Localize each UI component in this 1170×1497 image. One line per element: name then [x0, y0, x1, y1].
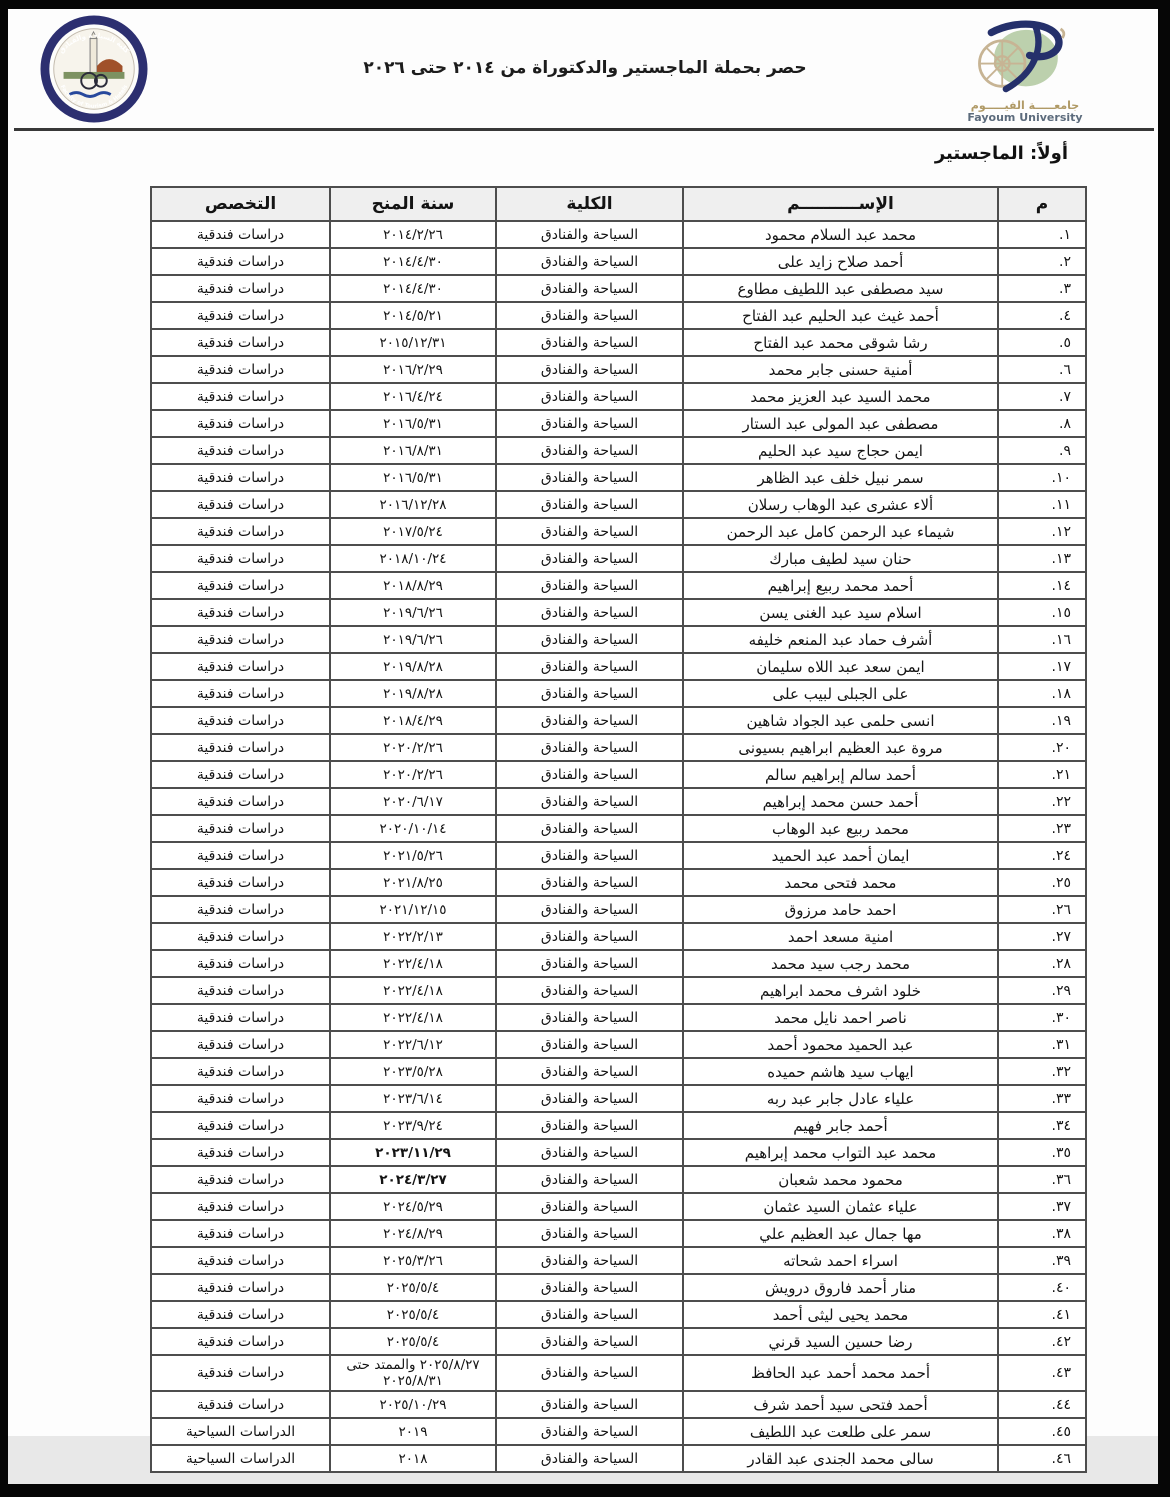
table-row: ٣٦.محمود محمد شعبانالسياحة والفنادق٢٠٢٤/…	[151, 1166, 1086, 1193]
name-cell: علياء عادل جابر عبد ربه	[683, 1085, 998, 1112]
college-cell: السياحة والفنادق	[496, 410, 683, 437]
grant-year-cell: ٢٠١٨	[330, 1445, 496, 1472]
row-number-cell: ٦.	[998, 356, 1086, 383]
grant-year-cell: ٢٠١٤/٥/٢١	[330, 302, 496, 329]
specialization-cell: دراسات فندقية	[151, 1328, 330, 1355]
name-cell: ايهاب سيد هاشم حميده	[683, 1058, 998, 1085]
table-row: ١.محمد عبد السلام محمودالسياحة والفنادق٢…	[151, 221, 1086, 248]
grant-year-cell: ٢٠٢٢/٤/١٨	[330, 950, 496, 977]
table-row: ٣١.عبد الحميد محمود أحمدالسياحة والفنادق…	[151, 1031, 1086, 1058]
grant-year-cell: ٢٠١٦/٤/٢٤	[330, 383, 496, 410]
college-cell: السياحة والفنادق	[496, 1247, 683, 1274]
name-cell: اسراء احمد شحاته	[683, 1247, 998, 1274]
grant-year-cell: ٢٠٢٥/٥/٤	[330, 1328, 496, 1355]
col-header-number: م	[998, 187, 1086, 221]
grant-year-cell: ٢٠٢٤/٥/٢٩	[330, 1193, 496, 1220]
grant-year-cell: ٢٠٢٢/٢/١٣	[330, 923, 496, 950]
university-logo-icon	[961, 18, 1089, 100]
row-number-cell: ١١.	[998, 491, 1086, 518]
grant-year-cell: ٢٠٢٤/٣/٢٧	[330, 1166, 496, 1193]
name-cell: محمد يحيى ليثى أحمد	[683, 1301, 998, 1328]
grant-year-cell: ٢٠٢١/١٢/١٥	[330, 896, 496, 923]
name-cell: أحمد جابر فهيم	[683, 1112, 998, 1139]
row-number-cell: ١٣.	[998, 545, 1086, 572]
college-cell: السياحة والفنادق	[496, 1058, 683, 1085]
specialization-cell: دراسات فندقية	[151, 923, 330, 950]
table-row: ١٧.ايمن سعد عبد اللاه سليمانالسياحة والف…	[151, 653, 1086, 680]
name-cell: أحمد محمد أحمد عبد الحافظ	[683, 1355, 998, 1391]
col-header-specialization: التخصص	[151, 187, 330, 221]
table-row: ٣٤.أحمد جابر فهيمالسياحة والفنادق٢٠٢٣/٩/…	[151, 1112, 1086, 1139]
row-number-cell: ٤.	[998, 302, 1086, 329]
table-row: ٨.مصطفى عبد المولى عبد الستارالسياحة وال…	[151, 410, 1086, 437]
row-number-cell: ٣٣.	[998, 1085, 1086, 1112]
specialization-cell: دراسات فندقية	[151, 680, 330, 707]
name-cell: على الجبلى لبيب على	[683, 680, 998, 707]
table-row: ٢٢.أحمد حسن محمد إبراهيمالسياحة والفنادق…	[151, 788, 1086, 815]
name-cell: امنية مسعد احمد	[683, 923, 998, 950]
name-cell: محمد السيد عبد العزيز محمد	[683, 383, 998, 410]
grant-year-cell: ٢٠١٩/٨/٢٨	[330, 653, 496, 680]
row-number-cell: ٢٨.	[998, 950, 1086, 977]
specialization-cell: دراسات فندقية	[151, 302, 330, 329]
name-cell: أحمد صلاح زايد على	[683, 248, 998, 275]
row-number-cell: ٢٢.	[998, 788, 1086, 815]
grant-year-cell: ٢٠١٩/٨/٢٨	[330, 680, 496, 707]
section-heading: أولاً: الماجستير	[935, 143, 1068, 164]
university-name-english: Fayoum University	[950, 112, 1100, 125]
specialization-cell: دراسات فندقية	[151, 329, 330, 356]
specialization-cell: دراسات فندقية	[151, 356, 330, 383]
table-row: ٣٧.علياء عثمان السيد عثمانالسياحة والفنا…	[151, 1193, 1086, 1220]
row-number-cell: ١.	[998, 221, 1086, 248]
table-row: ٣٢.ايهاب سيد هاشم حميدهالسياحة والفنادق٢…	[151, 1058, 1086, 1085]
table-row: ٤١.محمد يحيى ليثى أحمدالسياحة والفنادق٢٠…	[151, 1301, 1086, 1328]
table-row: ٦.أمنية حسنى جابر محمدالسياحة والفنادق٢٠…	[151, 356, 1086, 383]
table-row: ٢٤.ايمان أحمد عبد الحميدالسياحة والفنادق…	[151, 842, 1086, 869]
grant-year-cell: ٢٠٢١/٨/٢٥	[330, 869, 496, 896]
grant-year-cell: ٢٠١٨/٨/٢٩	[330, 572, 496, 599]
grant-year-cell: ٢٠١٦/٥/٣١	[330, 464, 496, 491]
table-row: ٤٣.أحمد محمد أحمد عبد الحافظالسياحة والف…	[151, 1355, 1086, 1391]
row-number-cell: ٣٢.	[998, 1058, 1086, 1085]
specialization-cell: دراسات فندقية	[151, 1085, 330, 1112]
college-cell: السياحة والفنادق	[496, 1139, 683, 1166]
specialization-cell: دراسات فندقية	[151, 275, 330, 302]
name-cell: أمنية حسنى جابر محمد	[683, 356, 998, 383]
college-cell: السياحة والفنادق	[496, 1004, 683, 1031]
table-row: ٣٠.ناصر احمد نايل محمدالسياحة والفنادق٢٠…	[151, 1004, 1086, 1031]
college-cell: السياحة والفنادق	[496, 1418, 683, 1445]
name-cell: أحمد غيث عبد الحليم عبد الفتاح	[683, 302, 998, 329]
table-row: ٥.رشا شوقى محمد عبد الفتاحالسياحة والفنا…	[151, 329, 1086, 356]
university-logo: جامعـــــة الفيـــــوم Fayoum University	[950, 18, 1100, 125]
specialization-cell: الدراسات السياحية	[151, 1418, 330, 1445]
grant-year-cell: ٢٠١٥/١٢/٣١	[330, 329, 496, 356]
specialization-cell: دراسات فندقية	[151, 491, 330, 518]
table-row: ٣.سيد مصطفى عبد اللطيف مطاوعالسياحة والف…	[151, 275, 1086, 302]
college-cell: السياحة والفنادق	[496, 1328, 683, 1355]
row-number-cell: ٤٢.	[998, 1328, 1086, 1355]
scan-border-top	[0, 0, 1170, 9]
grant-year-cell: ٢٠٢٠/١٠/١٤	[330, 815, 496, 842]
faculty-seal-icon: كلية السياحة والفنادق Faculty of Tourism…	[40, 13, 148, 125]
grant-year-cell: ٢٠٢٠/٦/١٧	[330, 788, 496, 815]
name-cell: ايمان أحمد عبد الحميد	[683, 842, 998, 869]
specialization-cell: دراسات فندقية	[151, 518, 330, 545]
grant-year-cell: ٢٠١٤/٤/٣٠	[330, 275, 496, 302]
grant-year-cell: ٢٠٢٢/٤/١٨	[330, 977, 496, 1004]
grant-year-cell: ٢٠٢٥/٥/٤	[330, 1274, 496, 1301]
name-cell: مصطفى عبد المولى عبد الستار	[683, 410, 998, 437]
name-cell: أحمد حسن محمد إبراهيم	[683, 788, 998, 815]
row-number-cell: ٢٧.	[998, 923, 1086, 950]
college-cell: السياحة والفنادق	[496, 977, 683, 1004]
table-row: ٤٢.رضا حسين السيد قرنيالسياحة والفنادق٢٠…	[151, 1328, 1086, 1355]
specialization-cell: دراسات فندقية	[151, 572, 330, 599]
grant-year-cell: ٢٠١٦/٢/٢٩	[330, 356, 496, 383]
table-row: ٣٣.علياء عادل جابر عبد ربهالسياحة والفنا…	[151, 1085, 1086, 1112]
grant-year-cell: ٢٠٢٥/١٠/٢٩	[330, 1391, 496, 1418]
row-number-cell: ٢.	[998, 248, 1086, 275]
name-cell: رضا حسين السيد قرني	[683, 1328, 998, 1355]
row-number-cell: ٢٣.	[998, 815, 1086, 842]
college-cell: السياحة والفنادق	[496, 437, 683, 464]
row-number-cell: ٤٦.	[998, 1445, 1086, 1472]
college-cell: السياحة والفنادق	[496, 599, 683, 626]
table-row: ١٠.سمر نبيل خلف عبد الظاهرالسياحة والفنا…	[151, 464, 1086, 491]
college-cell: السياحة والفنادق	[496, 1274, 683, 1301]
name-cell: أحمد سالم إبراهيم سالم	[683, 761, 998, 788]
college-cell: السياحة والفنادق	[496, 356, 683, 383]
grant-year-cell: ٢٠١٤/٤/٣٠	[330, 248, 496, 275]
row-number-cell: ٤٠.	[998, 1274, 1086, 1301]
specialization-cell: دراسات فندقية	[151, 1058, 330, 1085]
grant-year-cell: ٢٠١٩/٦/٢٦	[330, 599, 496, 626]
specialization-cell: دراسات فندقية	[151, 1220, 330, 1247]
grant-year-cell: ٢٠١٤/٢/٢٦	[330, 221, 496, 248]
table-row: ٢١.أحمد سالم إبراهيم سالمالسياحة والفناد…	[151, 761, 1086, 788]
specialization-cell: دراسات فندقية	[151, 1301, 330, 1328]
row-number-cell: ١٨.	[998, 680, 1086, 707]
college-cell: السياحة والفنادق	[496, 329, 683, 356]
name-cell: ايمن سعد عبد اللاه سليمان	[683, 653, 998, 680]
row-number-cell: ١٤.	[998, 572, 1086, 599]
table-row: ١٣.حنان سيد لطيف مباركالسياحة والفنادق٢٠…	[151, 545, 1086, 572]
name-cell: محمد فتحى محمد	[683, 869, 998, 896]
scan-border-bottom	[0, 1484, 1170, 1497]
grant-year-cell: ٢٠٢١/٥/٢٦	[330, 842, 496, 869]
row-number-cell: ٧.	[998, 383, 1086, 410]
specialization-cell: دراسات فندقية	[151, 815, 330, 842]
table-row: ٤٥.سمر على طلعت عبد اللطيفالسياحة والفنا…	[151, 1418, 1086, 1445]
specialization-cell: دراسات فندقية	[151, 842, 330, 869]
table-row: ٢٦.احمد حامد مرزوقالسياحة والفنادق٢٠٢١/١…	[151, 896, 1086, 923]
col-header-college: الكلية	[496, 187, 683, 221]
row-number-cell: ٢١.	[998, 761, 1086, 788]
name-cell: محمد عبد التواب محمد إبراهيم	[683, 1139, 998, 1166]
college-cell: السياحة والفنادق	[496, 545, 683, 572]
col-header-name: الإســــــــــم	[683, 187, 998, 221]
row-number-cell: ١٩.	[998, 707, 1086, 734]
college-cell: السياحة والفنادق	[496, 302, 683, 329]
college-cell: السياحة والفنادق	[496, 383, 683, 410]
row-number-cell: ٩.	[998, 437, 1086, 464]
college-cell: السياحة والفنادق	[496, 1193, 683, 1220]
specialization-cell: دراسات فندقية	[151, 626, 330, 653]
college-cell: السياحة والفنادق	[496, 275, 683, 302]
table-header-row: م الإســــــــــم الكلية سنة المنح التخص…	[151, 187, 1086, 221]
specialization-cell: دراسات فندقية	[151, 1247, 330, 1274]
college-cell: السياحة والفنادق	[496, 464, 683, 491]
college-cell: السياحة والفنادق	[496, 734, 683, 761]
grant-year-cell: ٢٠٢٣/٥/٢٨	[330, 1058, 496, 1085]
row-number-cell: ٢٥.	[998, 869, 1086, 896]
specialization-cell: دراسات فندقية	[151, 599, 330, 626]
table-row: ١٤.أحمد محمد ربيع إبراهيمالسياحة والفناد…	[151, 572, 1086, 599]
specialization-cell: دراسات فندقية	[151, 1139, 330, 1166]
row-number-cell: ٣٤.	[998, 1112, 1086, 1139]
college-cell: السياحة والفنادق	[496, 815, 683, 842]
specialization-cell: دراسات فندقية	[151, 545, 330, 572]
college-cell: السياحة والفنادق	[496, 1085, 683, 1112]
table-row: ١١.ألاء عشرى عبد الوهاب رسلانالسياحة وال…	[151, 491, 1086, 518]
specialization-cell: دراسات فندقية	[151, 437, 330, 464]
specialization-cell: دراسات فندقية	[151, 1391, 330, 1418]
row-number-cell: ١٧.	[998, 653, 1086, 680]
scanned-document-page: كلية السياحة والفنادق Faculty of Tourism…	[0, 0, 1170, 1497]
college-cell: السياحة والفنادق	[496, 680, 683, 707]
name-cell: رشا شوقى محمد عبد الفتاح	[683, 329, 998, 356]
row-number-cell: ٤٥.	[998, 1418, 1086, 1445]
specialization-cell: دراسات فندقية	[151, 1193, 330, 1220]
row-number-cell: ٣١.	[998, 1031, 1086, 1058]
specialization-cell: دراسات فندقية	[151, 788, 330, 815]
table-row: ٣٨.مها جمال عبد العظيم عليالسياحة والفنا…	[151, 1220, 1086, 1247]
row-number-cell: ٢٠.	[998, 734, 1086, 761]
specialization-cell: دراسات فندقية	[151, 869, 330, 896]
grant-year-cell: ٢٠٢٣/٩/٢٤	[330, 1112, 496, 1139]
college-cell: السياحة والفنادق	[496, 707, 683, 734]
grant-year-cell: ٢٠٢٠/٢/٢٦	[330, 761, 496, 788]
college-cell: السياحة والفنادق	[496, 653, 683, 680]
table-row: ٢٥.محمد فتحى محمدالسياحة والفنادق٢٠٢١/٨/…	[151, 869, 1086, 896]
name-cell: سالى محمد الجندى عبد القادر	[683, 1445, 998, 1472]
grant-year-cell: ٢٠٢٣/١١/٢٩	[330, 1139, 496, 1166]
specialization-cell: دراسات فندقية	[151, 1355, 330, 1391]
name-cell: عبد الحميد محمود أحمد	[683, 1031, 998, 1058]
college-cell: السياحة والفنادق	[496, 626, 683, 653]
grant-year-cell: ٢٠١٧/٥/٢٤	[330, 518, 496, 545]
name-cell: محمود محمد شعبان	[683, 1166, 998, 1193]
table-row: ١٢.شيماء عبد الرحمن كامل عبد الرحمنالسيا…	[151, 518, 1086, 545]
name-cell: أحمد فتحى سيد أحمد شرف	[683, 1391, 998, 1418]
scan-border-right	[1158, 0, 1170, 1497]
grant-year-cell: ٢٠١٩	[330, 1418, 496, 1445]
row-number-cell: ٤٤.	[998, 1391, 1086, 1418]
name-cell: سمر على طلعت عبد اللطيف	[683, 1418, 998, 1445]
specialization-cell: دراسات فندقية	[151, 734, 330, 761]
row-number-cell: ١٢.	[998, 518, 1086, 545]
table-row: ٣٩.اسراء احمد شحاتهالسياحة والفنادق٢٠٢٥/…	[151, 1247, 1086, 1274]
row-number-cell: ١٠.	[998, 464, 1086, 491]
college-cell: السياحة والفنادق	[496, 518, 683, 545]
name-cell: سمر نبيل خلف عبد الظاهر	[683, 464, 998, 491]
masters-table: م الإســــــــــم الكلية سنة المنح التخص…	[150, 186, 1087, 1473]
scan-border-left	[0, 0, 8, 1497]
table-row: ٤٠.منار أحمد فاروق درويشالسياحة والفنادق…	[151, 1274, 1086, 1301]
row-number-cell: ٢٩.	[998, 977, 1086, 1004]
college-cell: السياحة والفنادق	[496, 221, 683, 248]
table-row: ٢٧.امنية مسعد احمدالسياحة والفنادق٢٠٢٢/٢…	[151, 923, 1086, 950]
college-cell: السياحة والفنادق	[496, 761, 683, 788]
specialization-cell: دراسات فندقية	[151, 410, 330, 437]
name-cell: محمد ربيع عبد الوهاب	[683, 815, 998, 842]
row-number-cell: ٣٥.	[998, 1139, 1086, 1166]
table-row: ١٨.على الجبلى لبيب علىالسياحة والفنادق٢٠…	[151, 680, 1086, 707]
row-number-cell: ٥.	[998, 329, 1086, 356]
specialization-cell: دراسات فندقية	[151, 383, 330, 410]
row-number-cell: ٣٦.	[998, 1166, 1086, 1193]
college-cell: السياحة والفنادق	[496, 1355, 683, 1391]
college-cell: السياحة والفنادق	[496, 1112, 683, 1139]
college-cell: السياحة والفنادق	[496, 1445, 683, 1472]
specialization-cell: دراسات فندقية	[151, 221, 330, 248]
table-row: ٤٦.سالى محمد الجندى عبد القادرالسياحة وا…	[151, 1445, 1086, 1472]
name-cell: حنان سيد لطيف مبارك	[683, 545, 998, 572]
name-cell: اسلام سيد عبد الغنى يسن	[683, 599, 998, 626]
name-cell: علياء عثمان السيد عثمان	[683, 1193, 998, 1220]
name-cell: محمد عبد السلام محمود	[683, 221, 998, 248]
row-number-cell: ٢٤.	[998, 842, 1086, 869]
grant-year-cell: ٢٠٢٢/٤/١٨	[330, 1004, 496, 1031]
specialization-cell: دراسات فندقية	[151, 1031, 330, 1058]
specialization-cell: دراسات فندقية	[151, 1112, 330, 1139]
row-number-cell: ١٦.	[998, 626, 1086, 653]
name-cell: أشرف حماد عبد المنعم خليفه	[683, 626, 998, 653]
college-cell: السياحة والفنادق	[496, 1166, 683, 1193]
grant-year-cell: ٢٠٢٠/٢/٢٦	[330, 734, 496, 761]
table-row: ٩.ايمن حجاج سيد عبد الحليمالسياحة والفنا…	[151, 437, 1086, 464]
name-cell: ناصر احمد نايل محمد	[683, 1004, 998, 1031]
specialization-cell: دراسات فندقية	[151, 707, 330, 734]
row-number-cell: ٣.	[998, 275, 1086, 302]
name-cell: أحمد محمد ربيع إبراهيم	[683, 572, 998, 599]
name-cell: سيد مصطفى عبد اللطيف مطاوع	[683, 275, 998, 302]
college-cell: السياحة والفنادق	[496, 1220, 683, 1247]
grant-year-cell: ٢٠١٨/٤/٢٩	[330, 707, 496, 734]
college-cell: السياحة والفنادق	[496, 491, 683, 518]
table-row: ٢٨.محمد رجب سيد محمدالسياحة والفنادق٢٠٢٢…	[151, 950, 1086, 977]
college-cell: السياحة والفنادق	[496, 896, 683, 923]
specialization-cell: دراسات فندقية	[151, 248, 330, 275]
name-cell: ألاء عشرى عبد الوهاب رسلان	[683, 491, 998, 518]
row-number-cell: ٣٠.	[998, 1004, 1086, 1031]
table-row: ٢٩.خلود اشرف محمد ابراهيمالسياحة والفناد…	[151, 977, 1086, 1004]
table-body: ١.محمد عبد السلام محمودالسياحة والفنادق٢…	[151, 221, 1086, 1472]
grant-year-cell: ٢٠٢٥/٣/٢٦	[330, 1247, 496, 1274]
table-row: ٤٤.أحمد فتحى سيد أحمد شرفالسياحة والفناد…	[151, 1391, 1086, 1418]
grant-year-cell: ٢٠١٨/١٠/٢٤	[330, 545, 496, 572]
col-header-grant-year: سنة المنح	[330, 187, 496, 221]
row-number-cell: ٤٣.	[998, 1355, 1086, 1391]
specialization-cell: دراسات فندقية	[151, 1274, 330, 1301]
row-number-cell: ٣٩.	[998, 1247, 1086, 1274]
table-row: ١٩.انسى حلمى عبد الجواد شاهينالسياحة وال…	[151, 707, 1086, 734]
specialization-cell: دراسات فندقية	[151, 950, 330, 977]
name-cell: منار أحمد فاروق درويش	[683, 1274, 998, 1301]
table-row: ٣٥.محمد عبد التواب محمد إبراهيمالسياحة و…	[151, 1139, 1086, 1166]
name-cell: ايمن حجاج سيد عبد الحليم	[683, 437, 998, 464]
specialization-cell: دراسات فندقية	[151, 653, 330, 680]
specialization-cell: دراسات فندقية	[151, 977, 330, 1004]
college-cell: السياحة والفنادق	[496, 1391, 683, 1418]
row-number-cell: ٢٦.	[998, 896, 1086, 923]
grant-year-cell: ٢٠١٦/٥/٣١	[330, 410, 496, 437]
specialization-cell: دراسات فندقية	[151, 1166, 330, 1193]
college-cell: السياحة والفنادق	[496, 950, 683, 977]
row-number-cell: ١٥.	[998, 599, 1086, 626]
college-cell: السياحة والفنادق	[496, 788, 683, 815]
table-row: ٢.أحمد صلاح زايد علىالسياحة والفنادق٢٠١٤…	[151, 248, 1086, 275]
row-number-cell: ٨.	[998, 410, 1086, 437]
grant-year-cell: ٢٠١٦/٨/٣١	[330, 437, 496, 464]
college-cell: السياحة والفنادق	[496, 572, 683, 599]
grant-year-cell: ٢٠١٩/٦/٢٦	[330, 626, 496, 653]
name-cell: مها جمال عبد العظيم علي	[683, 1220, 998, 1247]
college-cell: السياحة والفنادق	[496, 248, 683, 275]
faculty-seal-logo: كلية السياحة والفنادق Faculty of Tourism…	[40, 13, 148, 125]
name-cell: محمد رجب سيد محمد	[683, 950, 998, 977]
grant-year-cell: ٢٠٢٣/٦/١٤	[330, 1085, 496, 1112]
table-row: ٤.أحمد غيث عبد الحليم عبد الفتاحالسياحة …	[151, 302, 1086, 329]
table-row: ٧.محمد السيد عبد العزيز محمدالسياحة والف…	[151, 383, 1086, 410]
grant-year-cell: ٢٠٢٢/٦/١٢	[330, 1031, 496, 1058]
row-number-cell: ٤١.	[998, 1301, 1086, 1328]
college-cell: السياحة والفنادق	[496, 842, 683, 869]
specialization-cell: الدراسات السياحية	[151, 1445, 330, 1472]
name-cell: انسى حلمى عبد الجواد شاهين	[683, 707, 998, 734]
college-cell: السياحة والفنادق	[496, 1031, 683, 1058]
table-row: ٢٠.مروة عبد العظيم ابراهيم بسيونىالسياحة…	[151, 734, 1086, 761]
table-row: ٢٣.محمد ربيع عبد الوهابالسياحة والفنادق٢…	[151, 815, 1086, 842]
college-cell: السياحة والفنادق	[496, 923, 683, 950]
row-number-cell: ٣٨.	[998, 1220, 1086, 1247]
header-divider-line	[14, 128, 1154, 131]
specialization-cell: دراسات فندقية	[151, 761, 330, 788]
specialization-cell: دراسات فندقية	[151, 464, 330, 491]
document-title: حصر بحملة الماجستير والدكتوراة من ٢٠١٤ ح…	[285, 58, 885, 78]
college-cell: السياحة والفنادق	[496, 1301, 683, 1328]
row-number-cell: ٣٧.	[998, 1193, 1086, 1220]
specialization-cell: دراسات فندقية	[151, 1004, 330, 1031]
table-row: ١٥.اسلام سيد عبد الغنى يسنالسياحة والفنا…	[151, 599, 1086, 626]
grant-year-cell: ٢٠١٦/١٢/٢٨	[330, 491, 496, 518]
name-cell: شيماء عبد الرحمن كامل عبد الرحمن	[683, 518, 998, 545]
table-row: ١٦.أشرف حماد عبد المنعم خليفهالسياحة وال…	[151, 626, 1086, 653]
specialization-cell: دراسات فندقية	[151, 896, 330, 923]
grant-year-cell: ٢٠٢٥/٨/٢٧ والممتد حتى ٢٠٢٥/٨/٣١	[330, 1355, 496, 1391]
name-cell: احمد حامد مرزوق	[683, 896, 998, 923]
grant-year-cell: ٢٠٢٥/٥/٤	[330, 1301, 496, 1328]
grant-year-cell: ٢٠٢٤/٨/٢٩	[330, 1220, 496, 1247]
name-cell: خلود اشرف محمد ابراهيم	[683, 977, 998, 1004]
college-cell: السياحة والفنادق	[496, 869, 683, 896]
name-cell: مروة عبد العظيم ابراهيم بسيونى	[683, 734, 998, 761]
